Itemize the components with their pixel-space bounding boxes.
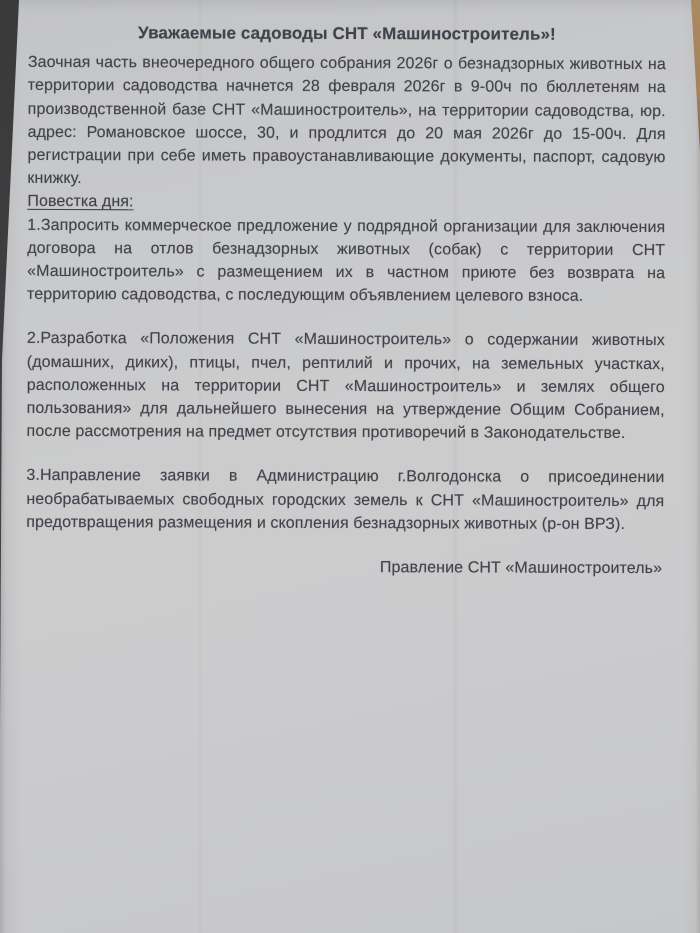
document-text-block: Уважаемые садоводы СНТ «Машиностроитель»… [26, 21, 666, 580]
signature-line: Правление СНТ «Машиностроитель» [26, 555, 662, 580]
intro-paragraph: Заочная часть внеочередного общего собра… [27, 51, 665, 192]
agenda-item-2: 2.Разработка «Положения СНТ «Машинострои… [27, 327, 665, 445]
agenda-heading: Повестка дня: [27, 190, 665, 215]
agenda-item-1: 1.Запросить коммерческое предложение у п… [27, 214, 665, 309]
document-photo: Уважаемые садоводы СНТ «Машиностроитель»… [0, 0, 700, 933]
document-title: Уважаемые садоводы СНТ «Машиностроитель»… [28, 21, 666, 46]
agenda-item-3: 3.Направление заявки в Администрацию г.В… [26, 464, 664, 536]
